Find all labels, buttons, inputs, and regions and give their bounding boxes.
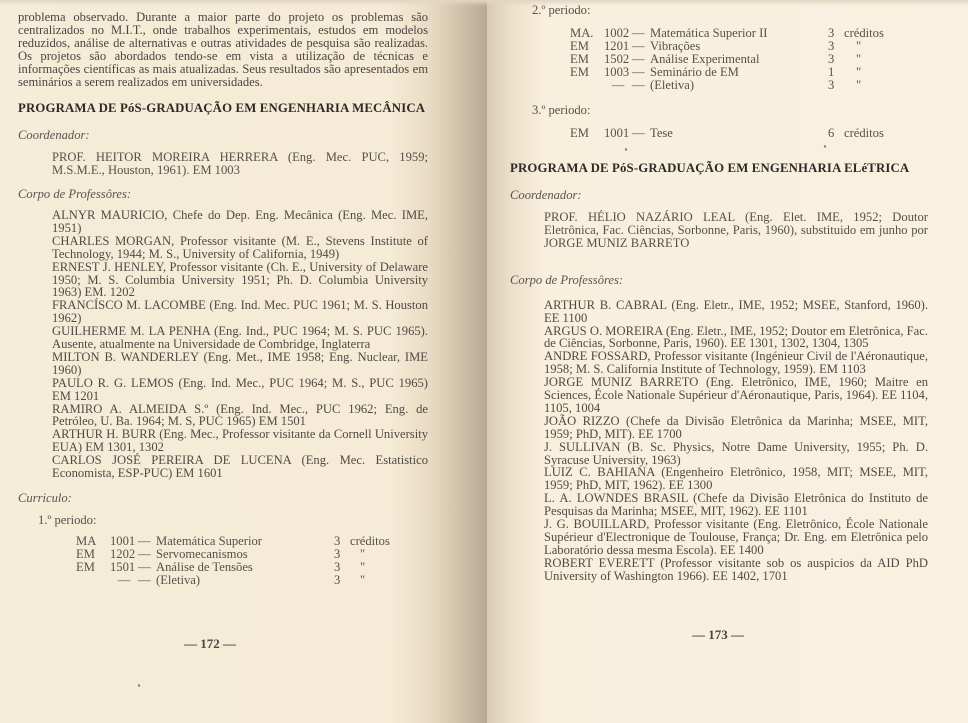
course-dept: MA. (570, 27, 604, 40)
section-heading-electrical: PROGRAMA DE PóS-GRADUAÇÃO EM ENGENHARIA … (510, 162, 928, 175)
course-dept: EM (570, 53, 604, 66)
left-page: problema observado. Durante a maior part… (0, 0, 487, 723)
course-credits-unit: " (840, 66, 884, 79)
course-credits-unit: " (346, 548, 390, 561)
course-credits: 3 (828, 79, 840, 92)
course-dash: — (138, 561, 156, 574)
faculty-label: Corpo de Professôres: (18, 188, 428, 201)
faculty-entry: PAULO R. G. LEMOS (Eng. Ind. Mec., PUC 1… (52, 377, 428, 403)
course-dash: — (632, 53, 650, 66)
course-credits-unit: " (840, 79, 884, 92)
course-name: (Eletiva) (650, 79, 828, 92)
faculty-entry: GUILHERME M. LA PENHA (Eng. Ind., PUC 19… (52, 325, 428, 351)
course-name: Servomecanismos (156, 548, 334, 561)
course-row: EM 1201 — Vibrações 3 " (570, 40, 884, 53)
course-number: 1001 (604, 127, 632, 140)
course-credits-unit: " (346, 574, 390, 587)
course-credits: 3 (334, 548, 346, 561)
course-dash: — (632, 127, 650, 140)
right-page-content: 2.º periodo: MA. 1002 — Matemática Super… (510, 4, 928, 583)
course-dash: — (138, 535, 156, 548)
course-name: (Eletiva) (156, 574, 334, 587)
faculty-entry: JOÃO RIZZO (Chefe da Divisão Eletrônica … (544, 415, 928, 441)
faculty-entry: J. SULLIVAN (B. Sc. Physics, Notre Dame … (544, 441, 928, 467)
course-credits: 3 (334, 574, 346, 587)
course-number: — (604, 79, 632, 92)
faculty-entry: FRANCÍSCO M. LACOMBE (Eng. Ind. Mec. PUC… (52, 299, 428, 325)
period-2-label: 2.º periodo: (532, 4, 928, 17)
course-dept: EM (76, 561, 110, 574)
course-dept (76, 574, 110, 587)
faculty-entry: LUIZ C. BAHIANA (Engenheiro Eletrônico, … (544, 466, 928, 492)
course-credits: 3 (334, 535, 346, 548)
course-dash: — (632, 79, 650, 92)
coordinator-entry: PROF. HEITOR MOREIRA HERRERA (Eng. Mec. … (52, 151, 428, 177)
course-row: — — (Eletiva) 3 " (76, 574, 390, 587)
faculty-entry: L. A. LOWNDES BRASIL (Chefe da Divisão E… (544, 492, 928, 518)
course-number: 1501 (110, 561, 138, 574)
period-3-label: 3.º periodo: (532, 104, 928, 117)
period-1-courses: MA 1001 — Matemática Superior 3 créditos… (76, 535, 390, 587)
course-number: 1001 (110, 535, 138, 548)
course-dept: MA (76, 535, 110, 548)
period-3-courses: EM 1001 — Tese 6 créditos (570, 127, 884, 140)
faculty-list: ALNYR MAURICIO, Chefe do Dep. Eng. Mecân… (18, 209, 428, 480)
course-credits: 1 (828, 66, 840, 79)
course-row: EM 1501 — Análise de Tensões 3 " (76, 561, 390, 574)
faculty-entry: J. G. BOUILLARD, Professor visitante (En… (544, 518, 928, 557)
page-number-right: — 173 — (692, 627, 744, 643)
course-name: Tese (650, 127, 828, 140)
faculty-label: Corpo de Professôres: (510, 274, 928, 287)
period-1-label: 1.º periodo: (38, 514, 428, 527)
paper-speck (137, 684, 140, 688)
book-spread: problema observado. Durante a maior part… (0, 0, 968, 723)
left-page-content: problema observado. Durante a maior part… (18, 11, 428, 586)
period-2-courses: MA. 1002 — Matemática Superior II 3 créd… (570, 27, 884, 92)
course-dash: — (632, 27, 650, 40)
faculty-entry: JORGE MUNIZ BARRETO (Eng. Eletrônico, IM… (544, 376, 928, 415)
course-dept: EM (570, 66, 604, 79)
course-number: — (110, 574, 138, 587)
course-row: — — (Eletiva) 3 " (570, 79, 884, 92)
coordinator-label: Coordenador: (510, 189, 928, 202)
course-dash: — (138, 548, 156, 561)
section-heading-mechanical: PROGRAMA DE PóS-GRADUAÇÃO EM ENGENHARIA … (18, 102, 428, 115)
course-credits-unit: " (840, 53, 884, 66)
course-row: EM 1001 — Tese 6 créditos (570, 127, 884, 140)
course-name: Análise Experimental (650, 53, 828, 66)
intro-paragraph: problema observado. Durante a maior part… (18, 11, 428, 88)
course-credits: 3 (828, 27, 840, 40)
course-number: 1201 (604, 40, 632, 53)
course-name: Análise de Tensões (156, 561, 334, 574)
course-number: 1202 (110, 548, 138, 561)
course-dash: — (632, 66, 650, 79)
course-dept: EM (76, 548, 110, 561)
faculty-entry: ARTHUR H. BURR (Eng. Mec., Professor vis… (52, 428, 428, 454)
course-row: EM 1502 — Análise Experimental 3 " (570, 53, 884, 66)
course-dash: — (138, 574, 156, 587)
curriculum-label: Curriculo: (18, 492, 428, 505)
course-row: EM 1202 — Servomecanismos 3 " (76, 548, 390, 561)
course-name: Vibrações (650, 40, 828, 53)
course-number: 1003 (604, 66, 632, 79)
coordinator-entry: PROF. HÉLIO NAZÁRIO LEAL (Eng. Elet. IME… (544, 211, 928, 250)
course-credits-unit: créditos (840, 127, 884, 140)
course-name: Matemática Superior II (650, 27, 828, 40)
faculty-list: ARTHUR B. CABRAL (Eng. Eletr., IME, 1952… (510, 299, 928, 583)
course-dept: EM (570, 40, 604, 53)
course-credits-unit: créditos (840, 27, 884, 40)
page-number-left: — 172 — (184, 636, 236, 652)
coordinator-label: Coordenador: (18, 129, 428, 142)
course-dash: — (632, 40, 650, 53)
course-credits: 3 (334, 561, 346, 574)
course-credits: 3 (828, 53, 840, 66)
faculty-entry: RAMIRO A. ALMEIDA S.º (Eng. Ind. Mec., P… (52, 403, 428, 429)
course-credits-unit: " (346, 561, 390, 574)
course-row: MA. 1002 — Matemática Superior II 3 créd… (570, 27, 884, 40)
faculty-entry: ROBERT EVERETT (Professor visitante sob … (544, 557, 928, 583)
faculty-entry: CHARLES MORGAN, Professor visitante (M. … (52, 235, 428, 261)
faculty-entry: ARGUS O. MOREIRA (Eng. Eletr., IME, 1952… (544, 325, 928, 351)
course-credits: 3 (828, 40, 840, 53)
course-row: MA 1001 — Matemática Superior 3 créditos (76, 535, 390, 548)
course-credits-unit: créditos (346, 535, 390, 548)
course-row: EM 1003 — Seminário de EM 1 " (570, 66, 884, 79)
course-dept (570, 79, 604, 92)
course-credits-unit: " (840, 40, 884, 53)
faculty-entry: ALNYR MAURICIO, Chefe do Dep. Eng. Mecân… (52, 209, 428, 235)
course-name: Matemática Superior (156, 535, 334, 548)
faculty-entry: ANDRE FOSSARD, Professor visitante (Ingé… (544, 350, 928, 376)
course-number: 1502 (604, 53, 632, 66)
course-credits: 6 (828, 127, 840, 140)
faculty-entry: CARLOS JOSÉ PEREIRA DE LUCENA (Eng. Mec.… (52, 454, 428, 480)
faculty-entry: MILTON B. WANDERLEY (Eng. Met., IME 1958… (52, 351, 428, 377)
faculty-entry: ARTHUR B. CABRAL (Eng. Eletr., IME, 1952… (544, 299, 928, 325)
faculty-entry: ERNEST J. HENLEY, Professor visitante (C… (52, 261, 428, 300)
course-number: 1002 (604, 27, 632, 40)
right-page: 2.º periodo: MA. 1002 — Matemática Super… (487, 0, 968, 723)
course-name: Seminário de EM (650, 66, 828, 79)
page-top-shadow (0, 0, 487, 6)
course-dept: EM (570, 127, 604, 140)
